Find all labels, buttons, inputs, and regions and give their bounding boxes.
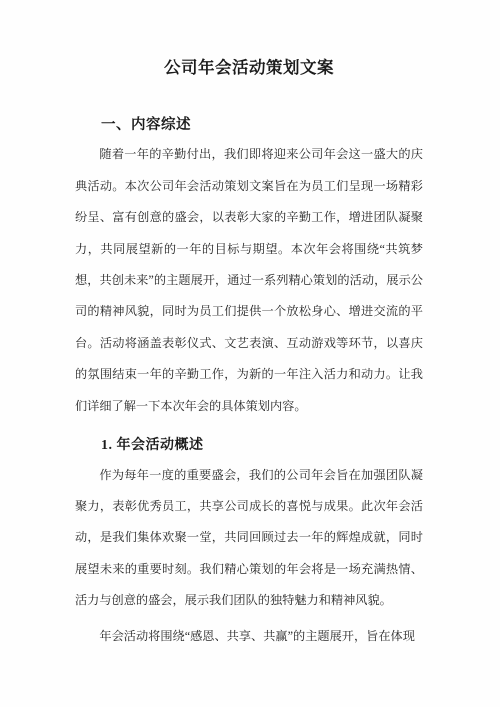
document-page: 公司年会活动策划文案 一、内容综述 随着一年的辛勤付出，我们即将迎来公司年会这一… bbox=[0, 0, 500, 707]
paragraph: 随着一年的辛勤付出，我们即将迎来公司年会这一盛大的庆典活动。本次公司年会活动策划… bbox=[75, 139, 423, 422]
document-title: 公司年会活动策划文案 bbox=[75, 56, 423, 79]
sub-heading-annual-meeting-overview: 1. 年会活动概述 bbox=[101, 436, 423, 456]
section-heading-content-overview: 一、内容综述 bbox=[101, 115, 423, 135]
paragraph: 年会活动将围绕“感恩、共享、共赢”的主题展开，旨在体现 bbox=[75, 621, 423, 652]
paragraph: 作为每年一度的重要盛会，我们的公司年会旨在加强团队凝聚力，表彰优秀员工，共享公司… bbox=[75, 460, 423, 617]
